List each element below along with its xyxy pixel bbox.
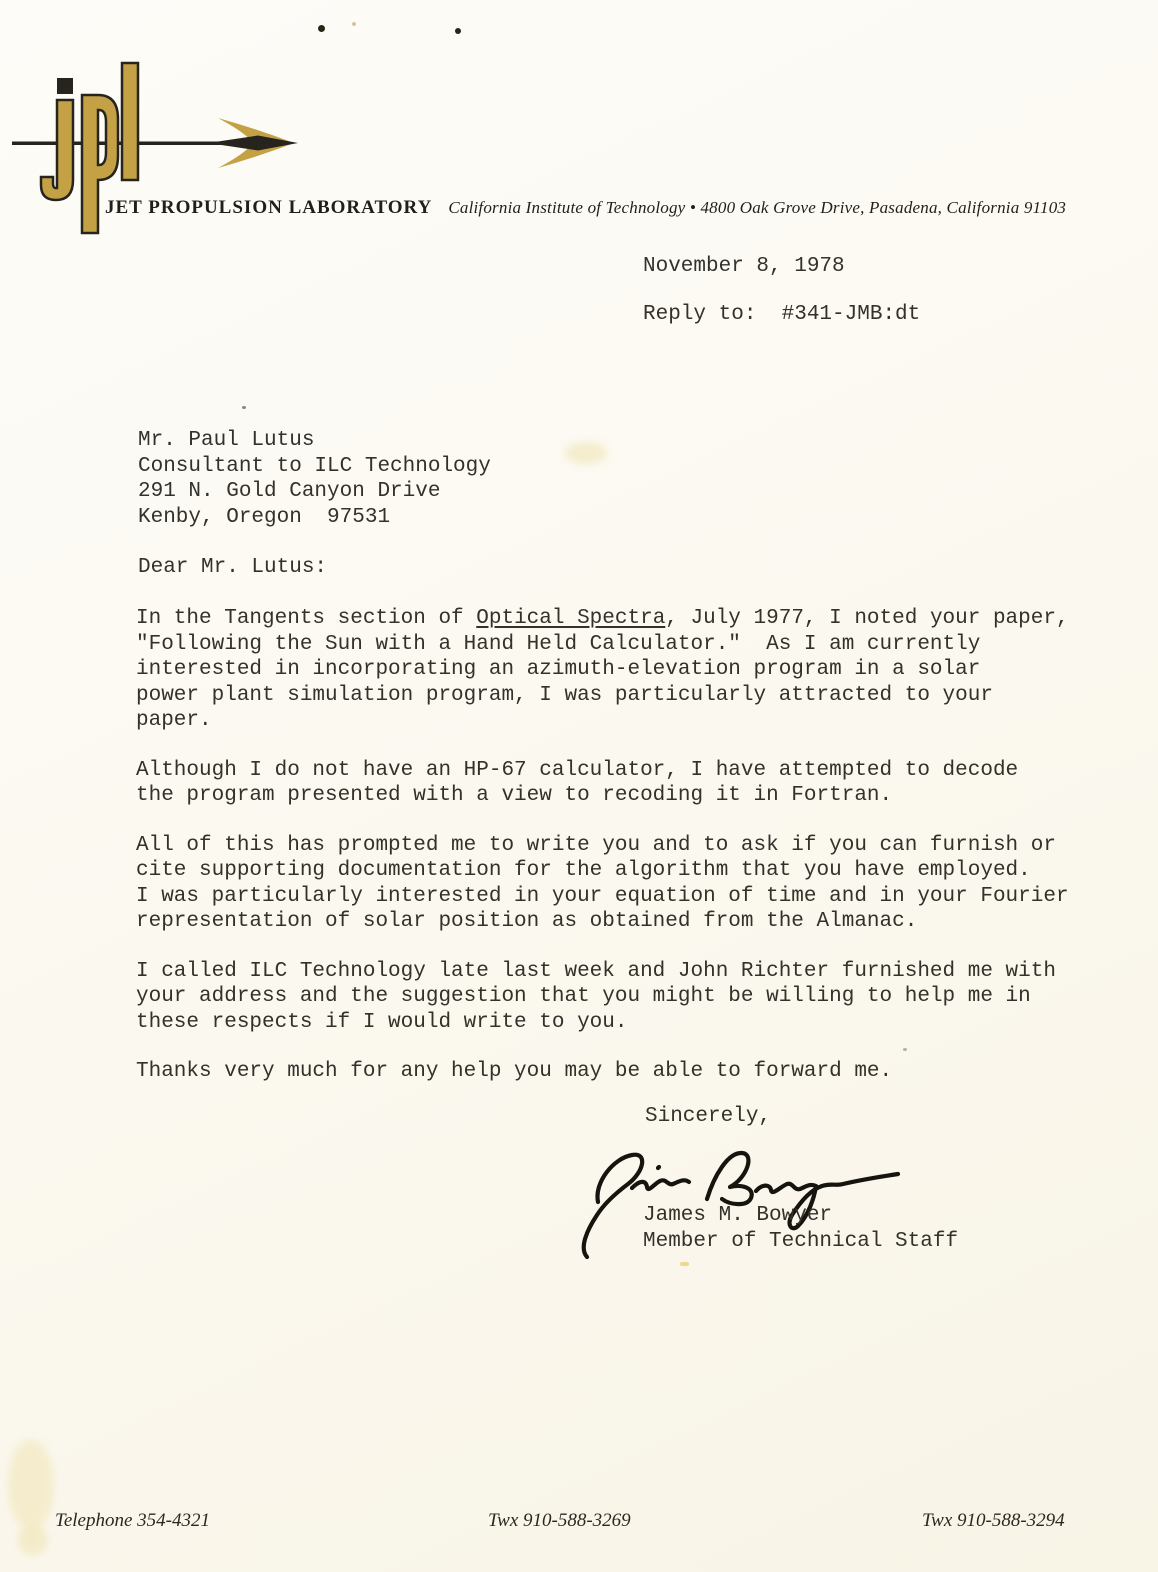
scan-speck xyxy=(318,25,325,32)
date-line: November 8, 1978 xyxy=(643,254,845,280)
recipient-address: Mr. Paul Lutus Consultant to ILC Technol… xyxy=(138,428,491,530)
closing: Sincerely, xyxy=(645,1104,771,1130)
scanned-letter-page: JET PROPULSION LABORATORY California Ins… xyxy=(0,0,1158,1572)
footer-telephone: Telephone 354-4321 xyxy=(55,1510,210,1532)
salutation: Dear Mr. Lutus: xyxy=(138,555,327,581)
paragraph-3: All of this has prompted me to write you… xyxy=(136,833,1116,935)
org-name: JET PROPULSION LABORATORY xyxy=(105,197,432,219)
reply-reference-line: Reply to: #341-JMB:dt xyxy=(643,302,920,328)
scan-stain xyxy=(565,442,607,464)
letter-body: In the Tangents section of Optical Spect… xyxy=(136,606,1116,1109)
paragraph-2: Although I do not have an HP-67 calculat… xyxy=(136,758,1116,809)
paragraph-5: Thanks very much for any help you may be… xyxy=(136,1059,1116,1085)
paragraph-4: I called ILC Technology late last week a… xyxy=(136,959,1116,1036)
logo-j-dot xyxy=(57,78,73,94)
scan-speck xyxy=(352,22,356,26)
paragraph-1-pre: In the Tangents section of xyxy=(136,607,476,630)
scan-speck xyxy=(242,406,246,409)
scan-speck xyxy=(455,28,461,34)
org-address: California Institute of Technology • 480… xyxy=(448,198,1066,218)
signature-typed-block: James M. Bowyer Member of Technical Staf… xyxy=(643,1203,958,1254)
logo-letter-j xyxy=(41,100,73,200)
arrow-head xyxy=(208,136,298,151)
scan-stain xyxy=(18,1525,48,1555)
letterhead: JET PROPULSION LABORATORY California Ins… xyxy=(105,197,1115,219)
footer-twx-center: Twx 910-588-3269 xyxy=(488,1510,631,1532)
logo-letter-l xyxy=(122,63,138,180)
paragraph-1: In the Tangents section of Optical Spect… xyxy=(136,606,1116,734)
scan-stain xyxy=(8,1440,54,1530)
footer-twx-right: Twx 910-588-3294 xyxy=(922,1510,1065,1532)
paragraph-1-underlined-title: Optical Spectra xyxy=(476,607,665,630)
